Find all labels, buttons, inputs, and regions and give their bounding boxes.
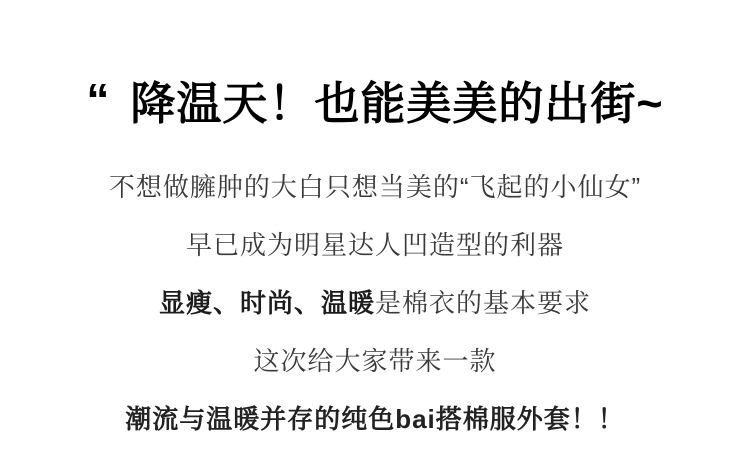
- headline-text: 降温天！也能美美的出街~: [130, 78, 663, 129]
- intro-line-2: 早已成为明星达人凹造型的利器: [0, 216, 750, 274]
- headline: “降温天！也能美美的出街~: [0, 0, 750, 130]
- intro-line-3: 显瘦、时尚、温暖是棉衣的基本要求: [0, 274, 750, 332]
- promo-text-banner: “降温天！也能美美的出街~ 不想做臃肿的大白只想当美的“飞起的小仙女” 早已成为…: [0, 0, 750, 463]
- keywords-rest: 是棉衣的基本要求: [375, 288, 591, 318]
- intro-line-4: 这次给大家带来一款: [0, 332, 750, 390]
- keywords-emphasis: 显瘦、时尚、温暖: [159, 288, 375, 318]
- open-quote-mark: “: [86, 78, 110, 122]
- intro-line-1: 不想做臃肿的大白只想当美的“飞起的小仙女”: [0, 158, 750, 216]
- intro-line-5: 潮流与温暖并存的纯色bai搭棉服外套！！: [0, 390, 750, 448]
